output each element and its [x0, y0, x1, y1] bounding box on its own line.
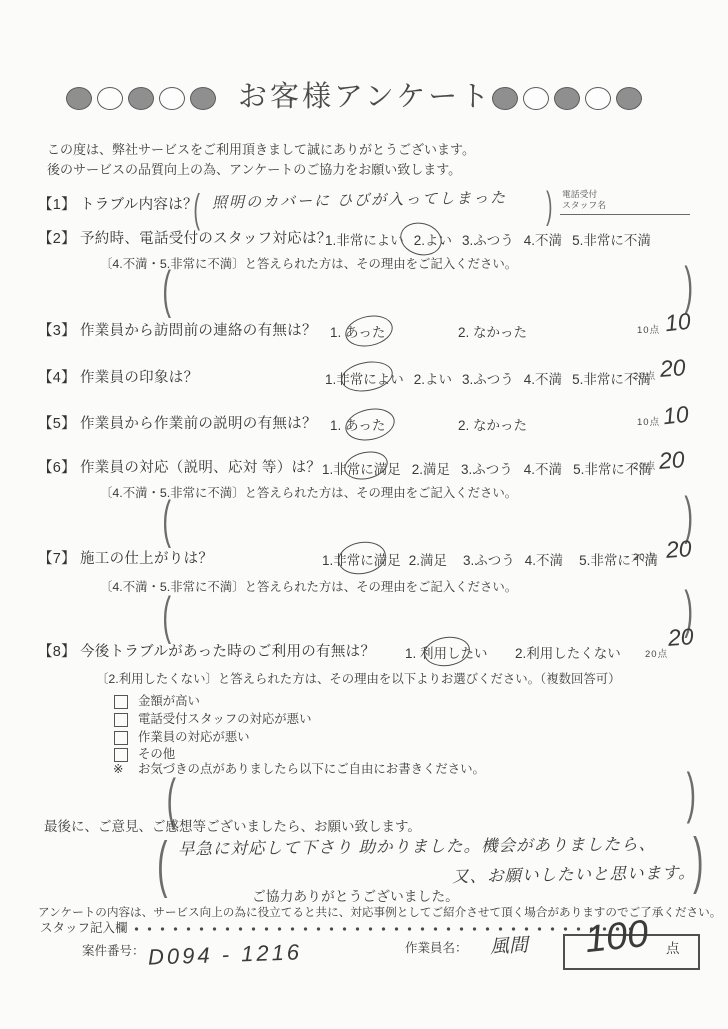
closing-comment-handwritten-line2: 又、お願いしたいと思います。: [452, 864, 696, 888]
dot-outline-icon: [585, 87, 611, 110]
checkbox-other: [114, 748, 128, 762]
open-paren: (: [162, 260, 171, 321]
question-1-text: トラブル内容は？: [80, 197, 198, 213]
question-7-text: 施工の仕上がりは？: [80, 551, 213, 567]
question-8-text: 今後トラブルがあった時のご利用の有無は？: [80, 644, 375, 660]
question-3-score-handwritten: 10: [664, 308, 692, 338]
option: 2.よい: [414, 372, 452, 388]
question-2: 【2】予約時、電話受付のスタッフ対応は？: [38, 231, 332, 248]
question-8: 【8】今後トラブルがあった時のご利用の有無は？: [38, 644, 375, 661]
question-4: 【4】作業員の印象は？: [38, 370, 198, 387]
selection-circle: [339, 358, 395, 396]
intro-text: この度は、弊社サービスをご利用頂きまして誠にありがとうございます。 後のサービス…: [47, 140, 475, 179]
question-5-score-label: 10点: [637, 417, 660, 428]
title-dots-right: [492, 87, 647, 110]
option: 2. なかった: [458, 418, 527, 434]
question-4-score-label: 20点: [633, 371, 656, 382]
dotted-leader-line: [130, 925, 638, 933]
dot-filled-icon: [554, 87, 580, 110]
option: 4.不満: [524, 462, 562, 478]
close-paren: ): [687, 760, 696, 826]
open-paren: (: [193, 186, 200, 233]
checkbox-phone-staff-bad: [114, 713, 128, 727]
selection-circle: [342, 404, 397, 445]
checkbox-label: 電話受付スタッフの対応が悪い: [138, 712, 311, 727]
question-6-score-handwritten: 20: [658, 446, 685, 475]
checkbox-price-high: [114, 695, 128, 709]
open-paren: (: [162, 586, 171, 647]
phone-staff-name-line: [560, 214, 690, 215]
question-8-score-label: 20点: [645, 649, 668, 660]
question-2-options: 1.非常によい2.よい3.ふつう4.不満5.非常に不満: [325, 233, 651, 249]
option: 2. なかった: [458, 325, 527, 341]
closing-comment-handwritten-line1: 早急に対応して下さり 助かりました。機会がありましたら、: [178, 835, 656, 859]
free-note-mark: ※: [113, 762, 123, 777]
question-6: 【6】作業員の対応（説明、応対 等）は？: [38, 460, 321, 477]
close-paren: ): [546, 184, 552, 229]
survey-scan-page: お客様アンケート この度は、弊社サービスをご利用頂きまして誠にありがとうございま…: [0, 0, 728, 1029]
option: 4.不満: [525, 553, 563, 569]
dot-filled-icon: [128, 87, 154, 110]
checkbox-label: 金額が高い: [138, 694, 200, 709]
dot-outline-icon: [523, 87, 549, 110]
checkbox-label: 作業員の対応が悪い: [138, 730, 250, 745]
question-5-text: 作業員から作業前の説明の有無は？: [80, 416, 317, 432]
question-7-score-label: 20点: [633, 552, 656, 563]
staff-section-label: スタッフ記入欄: [40, 921, 128, 936]
dot-filled-icon: [190, 87, 216, 110]
phone-staff-name-label: 電話受付 スタッフ名: [562, 189, 606, 211]
option: 3.ふつう: [462, 233, 514, 249]
question-6-text: 作業員の対応（説明、応対 等）は？: [80, 460, 321, 476]
dot-filled-icon: [616, 87, 642, 110]
case-number-label: 案件番号：: [82, 944, 145, 959]
question-1-number: 【1】: [38, 197, 76, 213]
question-5-score-handwritten: 10: [662, 401, 690, 431]
question-4-score-handwritten: 20: [659, 354, 686, 383]
question-5: 【5】作業員から作業前の説明の有無は？: [38, 416, 317, 433]
selection-circle: [342, 311, 395, 350]
question-2-text: 予約時、電話受付のスタッフ対応は？: [80, 231, 332, 247]
page-title: お客様アンケート: [238, 80, 492, 114]
question-3: 【3】作業員から訪問前の連絡の有無は？: [38, 323, 317, 340]
question-4-text: 作業員の印象は？: [80, 370, 198, 386]
total-score-handwritten: 100: [583, 912, 651, 963]
option: 4.不満: [524, 233, 562, 249]
final-request-text: 最後に、ご意見、ご感想等ございましたら、お願い致します。: [44, 819, 421, 835]
free-note-text: お気づきの点がありましたら以下にご自由にお書きください。: [138, 762, 485, 777]
dot-outline-icon: [159, 87, 185, 110]
option: 2.満足: [409, 553, 447, 569]
open-paren: (: [157, 828, 167, 901]
case-number-handwritten: D094 - 1216: [148, 939, 303, 970]
question-3-text: 作業員から訪問前の連絡の有無は？: [80, 323, 317, 339]
worker-name-label: 作業員名：: [405, 941, 468, 956]
close-paren: ): [693, 824, 703, 897]
selection-circle: [397, 218, 446, 260]
thanks-text: ご協力ありがとうございました。: [252, 889, 459, 905]
selection-circle: [336, 538, 389, 578]
checkbox-label: その他: [138, 747, 175, 762]
option: 3.ふつう: [463, 553, 515, 569]
selection-circle: [422, 634, 472, 669]
question-7: 【7】施工の仕上がりは？: [38, 551, 213, 568]
intro-line-1: この度は、弊社サービスをご利用頂きまして誠にありがとうございます。: [47, 140, 475, 160]
intro-line-2: 後のサービスの品質向上の為、アンケートのご協力をお願い致します。: [47, 160, 475, 180]
score-unit-label: 点: [666, 941, 680, 957]
title-dots-left: [66, 87, 221, 110]
option: 2.満足: [412, 462, 450, 478]
option: 3.ふつう: [461, 462, 513, 478]
question-6-score-label: 20点: [633, 461, 656, 472]
question-3-score-label: 10点: [637, 325, 660, 336]
question-1-answer-handwritten: 照明のカバーに ひびが入ってしまった: [212, 189, 507, 212]
option: 1.非常によい: [325, 233, 404, 249]
question-7-score-handwritten: 20: [665, 535, 692, 564]
dot-filled-icon: [492, 87, 518, 110]
dot-filled-icon: [66, 87, 92, 110]
open-paren: (: [162, 490, 171, 551]
option: 3.ふつう: [462, 372, 514, 388]
option: 4.不満: [524, 372, 562, 388]
option: 5.非常に不満: [572, 233, 651, 249]
option: 2.利用したくない: [515, 646, 621, 662]
worker-name-handwritten: 風間: [489, 935, 528, 959]
dot-outline-icon: [97, 87, 123, 110]
question-1: 【1】トラブル内容は？: [38, 197, 198, 214]
question-8-score-handwritten: 20: [667, 623, 694, 652]
question-8-reason-note: 〔2.利用したくない〕と答えられた方は、その理由を以下よりお選びください。（複数…: [96, 672, 621, 687]
selection-circle: [342, 448, 391, 484]
checkbox-worker-bad: [114, 731, 128, 745]
